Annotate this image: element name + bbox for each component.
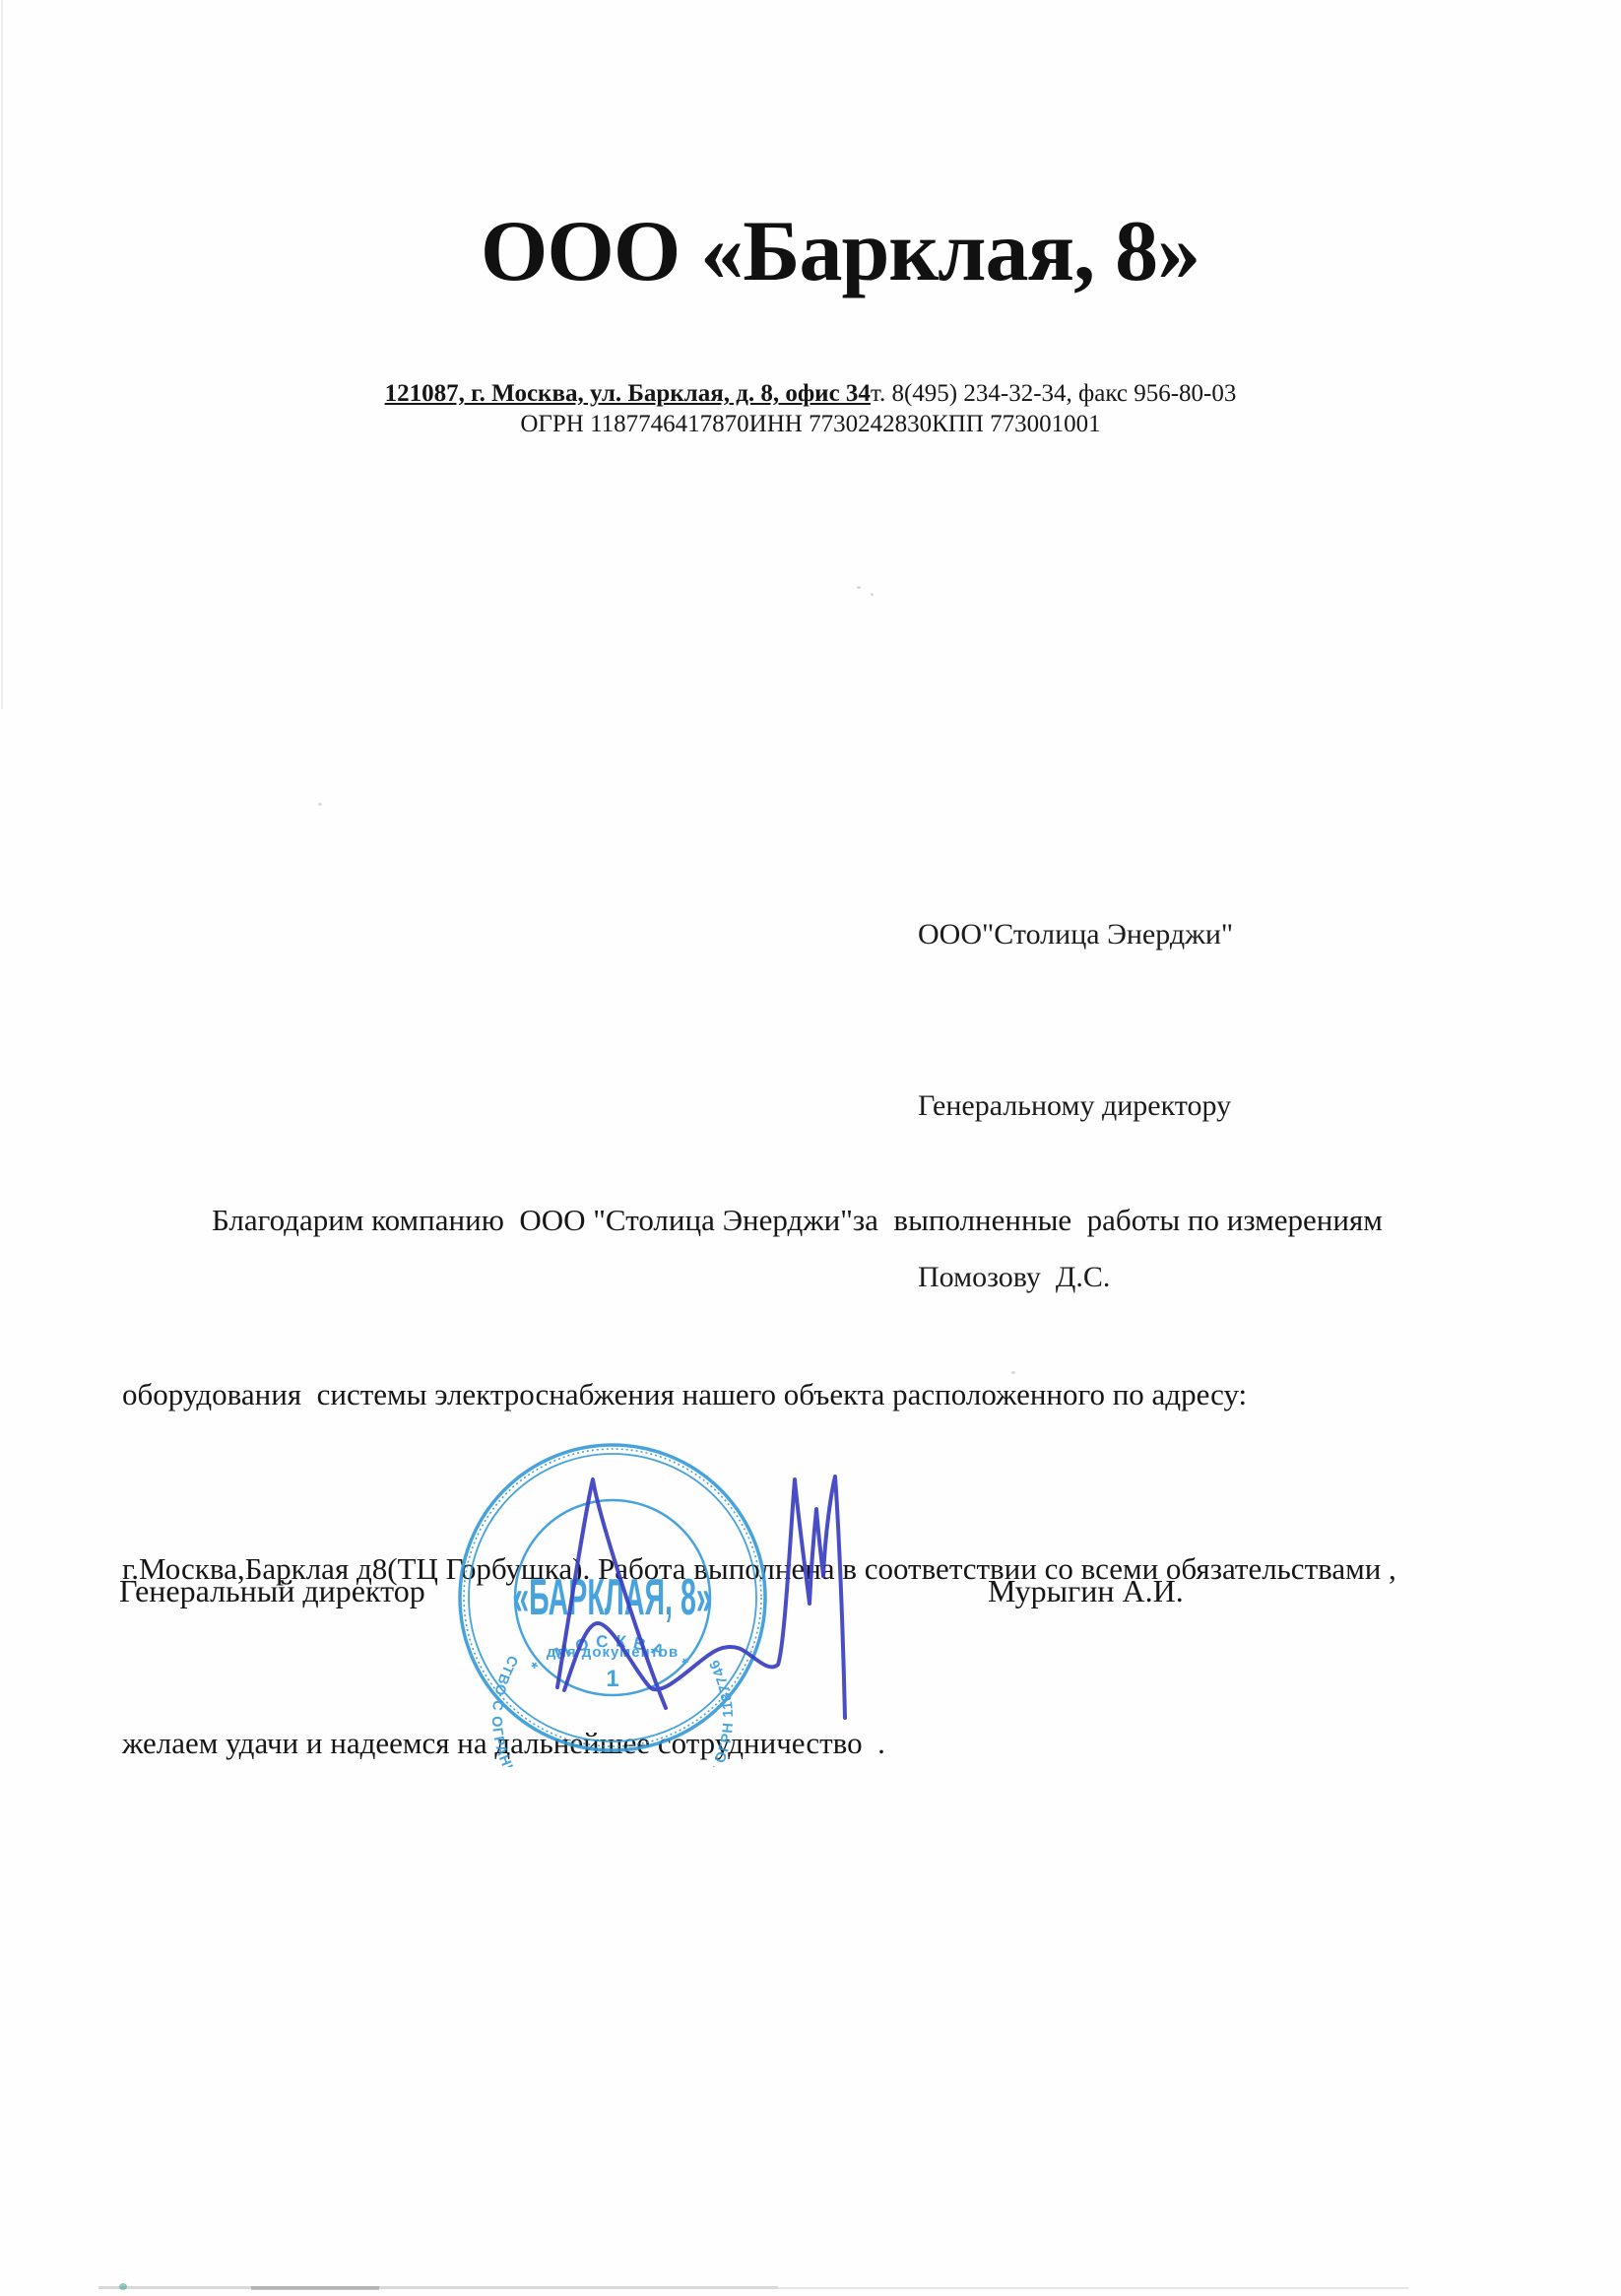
scan-bottom-dot — [119, 2283, 127, 2290]
scanned-letter-page: ООО «Барклая, 8» 121087, г. Москва, ул. … — [0, 0, 1621, 2296]
scan-bottom-line — [98, 2286, 778, 2289]
recipient-company: ООО"Столица Энерджи" — [918, 906, 1233, 963]
scan-speck — [318, 803, 322, 806]
registration-line: ОГРН 1187746417870ИНН 7730242830КПП 7730… — [0, 409, 1621, 439]
scan-edge-artifact — [1, 0, 3, 709]
signoff-name: Мурыгин А.И. — [988, 1571, 1184, 1610]
address-contacts-part: т. 8(495) 234-32-34, факс 956-80-03 — [871, 380, 1236, 407]
scan-speck — [857, 586, 861, 589]
body-line: оборудования системы электроснабжения на… — [122, 1365, 1525, 1423]
scan-speck — [871, 593, 874, 596]
body-line: Благодарим компанию ООО "Столица Энерджи… — [122, 1191, 1525, 1249]
signature-stroke — [564, 1476, 845, 1718]
address-bold-part: 121087, г. Москва, ул. Барклая, д. 8, оф… — [385, 380, 871, 407]
handwritten-signature — [532, 1448, 867, 1743]
signoff-position: Генеральный директор — [119, 1571, 425, 1610]
address-line: 121087, г. Москва, ул. Барклая, д. 8, оф… — [0, 378, 1621, 409]
scan-bottom-line-dark — [251, 2286, 379, 2290]
letterhead-address-block: 121087, г. Москва, ул. Барклая, д. 8, оф… — [0, 378, 1621, 439]
signature-strokes — [557, 1476, 845, 1718]
scan-bottom-line-faint — [778, 2287, 1408, 2289]
signature-stroke — [557, 1479, 666, 1708]
company-title: ООО «Барклая, 8» — [59, 203, 1621, 301]
